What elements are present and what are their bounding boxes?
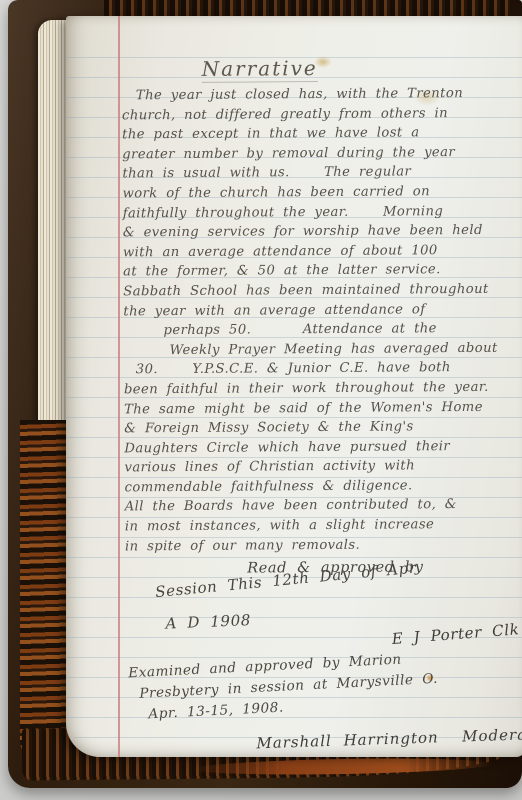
narrative-body: The year just closed has, with the Trent…: [122, 84, 522, 557]
presbytery-note: Examined and approved by Marion Presbyte…: [128, 648, 440, 727]
handwritten-line: & evening services for worship have been…: [123, 221, 521, 243]
attestation-date: A D 1908: [165, 611, 251, 633]
handwritten-line: in most instances, with a slight increas…: [125, 515, 522, 537]
handwritten-content: Narrative The year just closed has, with…: [122, 43, 522, 759]
clerk-signature: E J Porter Clk: [391, 620, 520, 648]
handwritten-line: been faithful in their work throughout t…: [124, 378, 522, 400]
handwritten-line: Weekly Prayer Meeting has averaged about: [170, 338, 522, 360]
ledger-page: Narrative The year just closed has, with…: [66, 16, 522, 757]
handwritten-line: commendable faithfulness & diligence.: [125, 475, 522, 497]
handwritten-line: All the Boards have been contributed to,…: [125, 495, 522, 517]
photo-background: Narrative The year just closed has, with…: [0, 0, 522, 800]
handwritten-line: perhaps 50. Attendance at the: [163, 319, 521, 341]
handwritten-line: The year just closed has, with the Trent…: [136, 84, 520, 106]
ledger-book: Narrative The year just closed has, with…: [8, 0, 522, 788]
handwritten-line: Sabbath School has been maintained throu…: [123, 280, 521, 302]
moderator-signature: Marshall Harrington Moderator: [256, 725, 522, 753]
handwritten-line: in spite of our many removals.: [125, 534, 522, 556]
handwritten-line: 30. Y.P.S.C.E. & Junior C.E. have both: [136, 358, 522, 380]
handwritten-line: The same might be said of the Women's Ho…: [124, 397, 522, 419]
page-heading: Narrative: [202, 56, 318, 83]
margin-line: [118, 16, 120, 757]
